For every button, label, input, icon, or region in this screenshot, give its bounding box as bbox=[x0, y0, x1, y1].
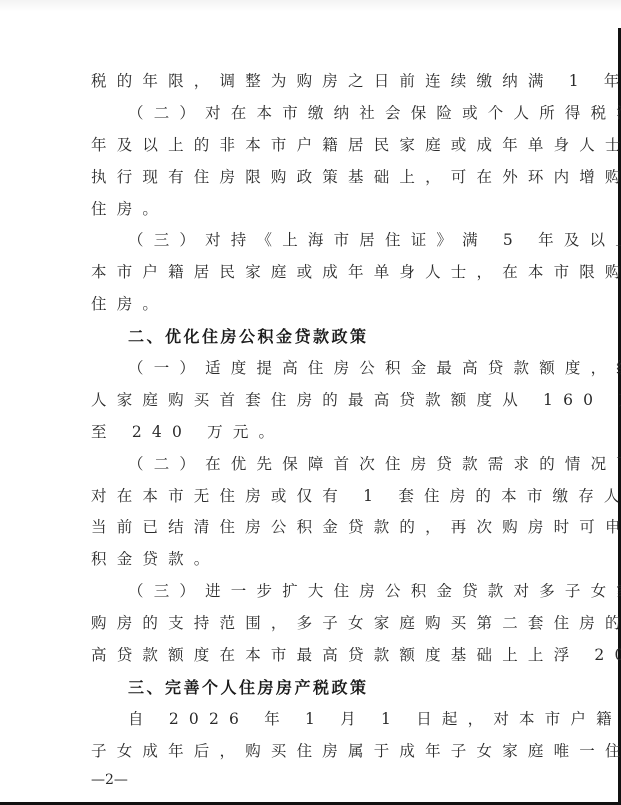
text-line: 积金贷款。 bbox=[91, 544, 525, 576]
text-line: （一）适度提高住房公积金最高贷款额度，缴存 bbox=[91, 353, 525, 385]
text-line: 税的年限，调整为购房之日前连续缴纳满 1 年及以上。 bbox=[91, 66, 525, 98]
page-number: —2— bbox=[91, 768, 525, 792]
text-line: 人家庭购买首套住房的最高贷款额度从 160 万元提高 bbox=[91, 385, 525, 417]
text-line: 住房。 bbox=[91, 289, 525, 321]
text-line: 购房的支持范围，多子女家庭购买第二套住房的，最 bbox=[91, 608, 525, 640]
section-heading: 二、优化住房公积金贷款政策 bbox=[91, 321, 525, 353]
text-line: 至 240 万元。 bbox=[91, 417, 525, 449]
text-line: 年及以上的非本市户籍居民家庭或成年单身人士，在 bbox=[91, 130, 525, 162]
text-line: （三）进一步扩大住房公积金贷款对多子女家庭 bbox=[91, 576, 525, 608]
text-line: 高贷款额度在本市最高贷款额度基础上上浮 20%。 bbox=[91, 640, 525, 672]
text-line: 自 2026 年 1 月 1 日起，对本市户籍居民家庭中的 bbox=[91, 704, 525, 736]
text-line: 住房。 bbox=[91, 194, 525, 226]
section-heading: 三、完善个人住房房产税政策 bbox=[91, 672, 525, 704]
text-line: 对在本市无住房或仅有 1 套住房的本市缴存人家庭， bbox=[91, 481, 525, 513]
text-line: 子女成年后，购买住房属于成年子女家庭唯一住房的， bbox=[91, 736, 525, 768]
text-line: （三）对持《上海市居住证》满 5 年及以上的非 bbox=[91, 225, 525, 257]
text-line: 本市户籍居民家庭或成年单身人士，在本市限购 1 套 bbox=[91, 257, 525, 289]
text-line: 执行现有住房限购政策基础上，可在外环内增购 1 套 bbox=[91, 162, 525, 194]
document-page: 税的年限，调整为购房之日前连续缴纳满 1 年及以上。 （二）对在本市缴纳社会保险… bbox=[91, 66, 525, 792]
text-line: （二）对在本市缴纳社会保险或个人所得税满 3 bbox=[91, 98, 525, 130]
text-line: （二）在优先保障首次住房贷款需求的情况下， bbox=[91, 449, 525, 481]
text-line: 当前已结清住房公积金贷款的，再次购房时可申请公 bbox=[91, 512, 525, 544]
page-top-shade bbox=[0, 0, 621, 12]
